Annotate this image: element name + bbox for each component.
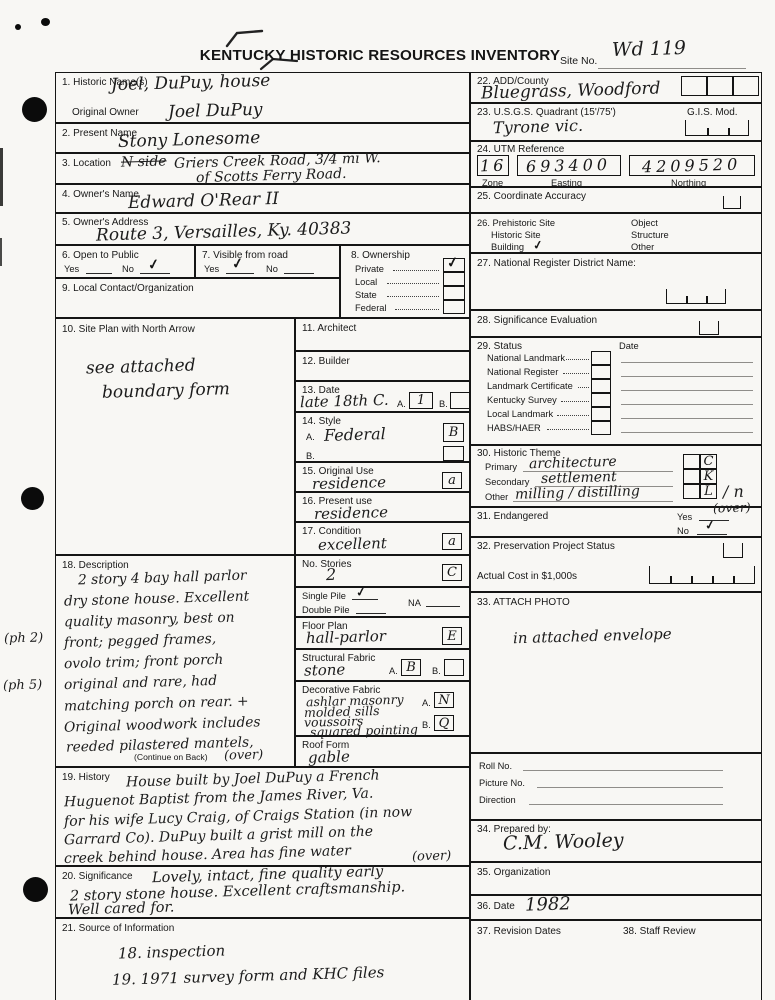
continue-on-back-label: (Continue on Back) [134,753,208,762]
field-significance: 20. Significance Lovely, intact, fine qu… [55,866,470,918]
status-date-label: Date [619,341,639,351]
scanned-form-page: KENTUCKY HISTORIC RESOURCES INVENTORY Si… [0,0,775,1000]
ownership-private: Private [355,264,384,274]
coordinate-accuracy-label: 25. Coordinate Accuracy [477,191,586,202]
over-note: (over) [412,849,452,863]
single-pile-label: Single Pile [302,591,346,601]
description-label: 18. Description [62,560,129,571]
endangered-label: 31. Endangered [477,511,548,522]
location-struck-text: N side [121,154,167,169]
utm-easting-box: 693400 [517,155,621,176]
significance-evaluation-box [699,321,719,335]
utm-northing-value: 4209520 [642,156,742,175]
present-name-value: Stony Lonesome [118,130,261,151]
structural-a-label: A. [389,666,398,676]
present-use-value: residence [314,505,388,522]
status-checkbox [591,351,611,365]
date-value: late 18th C. [300,393,389,410]
photo-margin-note: (ph 5) [3,678,43,692]
field-status: 29. Status Date National Landmark Nation… [470,337,762,445]
dotted-leader [395,303,439,310]
history-line: creek behind house. Area has fine water [64,844,351,866]
hole-punch [21,487,44,510]
building-label: Building [491,242,524,252]
hole-punch [23,877,48,902]
status-date-line [621,380,753,391]
significance-line: Well cared for. [68,901,175,918]
field-historic-theme: 30. Historic Theme Primary architecture … [470,445,762,507]
dotted-leader [547,423,589,430]
over-note: (over) [224,748,264,762]
yes-blank [86,264,112,274]
structural-b-label: B. [432,666,441,676]
photo-margin-note: (ph 2) [4,631,44,645]
site-plan-note-2: boundary form [102,381,230,402]
site-no-line [598,54,746,69]
form-date-label: 36. Date [477,901,515,912]
no-blank [284,264,314,274]
description-line: original and rare, had [64,675,217,693]
structural-a-code-box: B [401,659,421,676]
other-line [513,491,673,502]
actual-cost-comb-box [649,566,755,584]
nr-district-label: 27. National Register District Name: [477,258,636,269]
attach-photo-note: in attached envelope [513,627,672,646]
field-ownership: 8. Ownership Private Local State Federal… [340,245,470,318]
floor-plan-code-box: E [442,627,462,645]
description-line: matching porch on rear. + [64,695,249,714]
field-no-stories: No. Stories 2 C [295,555,470,587]
county-code-box [733,76,759,96]
date-a-code-box: 1 [409,392,433,409]
checkmark: ✓ [532,238,544,252]
site-plan-note-1: see attached [86,357,196,377]
description-line: quality masonry, best on [64,612,235,631]
field-style: 14. Style A. Federal B B. [295,412,470,462]
history-label: 19. History [62,772,110,783]
source-of-information-label: 21. Source of Information [62,923,174,934]
primary-label: Primary [485,462,517,472]
style-b-label: B. [306,451,315,461]
status-item: Landmark Certificate [487,381,573,391]
roll-no-line [523,760,723,771]
field-organization: 35. Organization [470,862,762,895]
site-no-label: Site No. [560,56,597,68]
theme-box [683,469,700,484]
site-plan-label: 10. Site Plan with North Arrow [62,324,195,335]
original-use-code-box: a [442,472,462,489]
no-label: No [122,264,134,274]
prepared-by-value: C.M. Wooley [503,831,624,853]
scan-edge-artifact [0,238,2,266]
status-date-line [621,394,753,405]
status-checkbox [591,379,611,393]
over-note: (over) [713,501,751,515]
direction-label: Direction [479,795,516,805]
theme-extra-note: / n [723,484,744,501]
ownership-state: State [355,290,377,300]
dotted-leader [578,381,589,388]
date-a-label: A. [397,399,406,409]
roll-no-label: Roll No. [479,761,512,771]
field-owner-name: 4. Owner's Name Edward O'Rear II [55,184,470,213]
ownership-checkbox-state [443,286,465,300]
utm-easting-value: 693400 [526,156,611,174]
field-builder: 12. Builder [295,351,470,381]
double-pile-label: Double Pile [302,605,350,615]
double-pile-blank [356,605,386,614]
no-label: No [677,526,689,536]
revision-dates-label: 37. Revision Dates [477,926,561,937]
field-add-county: 22. ADD/County Bluegrass, Woodford [470,72,762,103]
architect-label: 11. Architect [302,323,356,334]
field-local-contact: 9. Local Contact/Organization [55,278,340,318]
status-date-line [621,352,753,363]
visible-from-road-label: 7. Visible from road [202,250,288,261]
theme-secondary-code-box: K [700,469,717,484]
field-usgs-quadrant: 23. U.S.G.S. Quadrant (15'/75') Tyrone v… [470,103,762,141]
status-checkbox [591,365,611,379]
builder-label: 12. Builder [302,356,350,367]
add-county-value: Bluegrass, Woodford [481,80,661,102]
date-b-label: B. [439,399,448,409]
dotted-leader [387,277,439,284]
dotted-leader [563,367,589,374]
gis-mod-comb-box [685,120,749,136]
field-site-plan: 10. Site Plan with North Arrow see attac… [55,318,295,555]
owner-name-value: Edward O'Rear II [128,191,279,212]
field-coordinate-accuracy: 25. Coordinate Accuracy [470,187,762,213]
ink-dot [15,24,21,30]
structural-b-code-box [444,659,464,676]
description-line: dry stone house. Excellent [64,590,250,609]
checkmark: ✓ [147,257,161,273]
no-label: No [266,264,278,274]
status-checkbox [591,393,611,407]
field-prepared-by: 34. Prepared by: C.M. Wooley [470,820,762,862]
attach-photo-label: 33. ATTACH PHOTO [477,597,570,608]
usgs-quadrant-value: Tyrone vic. [493,118,583,137]
other-label: Other [485,492,508,502]
field-open-to-public: 6. Open to Public Yes No ✓ [55,245,195,278]
field-date: 13. Date late 18th C. A. 1 B. [295,381,470,412]
structural-fabric-value: stone [304,662,346,678]
checkmark: ✓ [704,518,716,532]
ownership-checkbox-federal [443,300,465,314]
original-use-value: residence [312,475,386,492]
field-pile: Single Pile ✓ NA Double Pile [295,587,470,617]
field-decorative-fabric: Decorative Fabric ashlar masonry molded … [295,681,470,736]
field-historic-name: 1. Historic Name(s) Joel, DuPuy, house O… [55,72,470,123]
organization-label: 35. Organization [477,867,550,878]
source-line: 18. inspection [118,944,226,962]
theme-box [683,454,700,469]
status-date-line [621,422,753,433]
actual-cost-label: Actual Cost in $1,000s [477,571,577,582]
significance-label: 20. Significance [62,871,133,882]
yes-label: Yes [677,512,692,522]
picture-no-line [537,777,723,788]
location-value-2: of Scotts Ferry Road. [196,167,347,185]
status-item: National Landmark [487,353,565,363]
yes-label: Yes [204,264,219,274]
description-line: Original woodwork includes [64,716,261,735]
coordinate-accuracy-box [723,196,741,209]
field-nr-district: 27. National Register District Name: [470,253,762,310]
field-preservation-status: 32. Preservation Project Status Actual C… [470,537,762,592]
floor-plan-value: hall-parlor [306,629,386,646]
theme-box [683,484,700,499]
utm-zone-box: 16 [477,155,509,176]
direction-line [529,794,723,805]
checkmark: ✓ [231,256,245,272]
ownership-local: Local [355,277,377,287]
field-description: 18. Description 2 story 4 bay hall parlo… [55,555,295,767]
field-source-of-information: 21. Source of Information 18. inspection… [55,918,470,1000]
gis-mod-label: G.I.S. Mod. [687,107,738,118]
dotted-leader [393,264,439,271]
dotted-leader [557,409,589,416]
original-owner-label: Original Owner [72,107,139,118]
decorative-b-code-box: Q [434,715,454,731]
historic-name-value: Joel, DuPuy, house [111,73,271,94]
owner-address-value: Route 3, Versailles, Ky. 40383 [96,220,352,244]
field-attach-photo: 33. ATTACH PHOTO in attached envelope [470,592,762,753]
decorative-a-label: A. [422,698,431,708]
no-stories-code-box: C [442,564,462,581]
field-history: 19. History House built by Joel DuPuy a … [55,767,470,866]
checkmark: ✓ [446,255,460,271]
dotted-leader [566,353,589,360]
status-checkbox [591,407,611,421]
theme-primary-code-box: C [700,454,717,469]
decorative-a-code-box: N [434,692,454,708]
field-present-use: 16. Present use residence [295,492,470,522]
style-a-value: Federal [324,426,386,444]
decorative-b-label: B. [422,720,431,730]
dotted-leader [387,290,439,297]
status-item: Kentucky Survey [487,395,557,405]
field-original-use: 15. Original Use residence a [295,462,470,492]
theme-other-code-box: L [700,484,717,499]
scan-edge-artifact [0,148,3,206]
source-line: 19. 1971 survey form and KHC files [112,965,385,988]
preservation-status-label: 32. Preservation Project Status [477,541,615,552]
other-label: Other [631,242,654,252]
status-checkbox [591,421,611,435]
date-b-code-box [450,392,470,409]
hole-punch [22,97,47,122]
local-contact-label: 9. Local Contact/Organization [62,283,194,294]
county-code-box [681,76,707,96]
dotted-leader [561,395,589,402]
status-item: National Register [487,367,558,377]
roof-form-value: gable [308,749,350,765]
picture-no-label: Picture No. [479,778,525,788]
no-stories-value: 2 [326,567,337,583]
field-floor-plan: Floor Plan hall-parlor E [295,617,470,649]
status-date-line [621,366,753,377]
preservation-status-box [723,543,743,558]
ownership-federal: Federal [355,303,387,313]
yes-label: Yes [64,264,79,274]
status-label: 29. Status [477,341,522,352]
ink-dot [41,18,50,26]
open-to-public-label: 6. Open to Public [62,250,139,261]
county-code-box [707,76,733,96]
field-visible-from-road: 7. Visible from road Yes ✓ No [195,245,340,278]
status-item: HABS/HAER [487,423,541,433]
utm-zone-value: 16 [480,157,507,174]
status-date-line [621,408,753,419]
structure-label: Structure [631,230,669,240]
field-form-date: 36. Date 1982 [470,895,762,920]
prehistoric-site-label: 26. Prehistoric Site [477,218,555,228]
form-date-value: 1982 [525,895,571,914]
utm-northing-box: 4209520 [629,155,755,176]
condition-code-box: a [442,533,462,550]
location-label: 3. Location [62,158,111,169]
field-location: 3. Location N side Griers Creek Road, 3/… [55,153,470,184]
original-owner-value: Joel DuPuy [168,102,263,122]
field-structural-fabric: Structural Fabric stone A. B B. [295,649,470,681]
description-line: ovolo trim; front porch [64,654,224,672]
field-owner-address: 5. Owner's Address Route 3, Versailles, … [55,213,470,245]
description-line: 2 story 4 bay hall parlor [78,570,247,588]
checkmark: ✓ [355,585,367,599]
utm-reference-label: 24. UTM Reference [477,144,564,155]
significance-evaluation-label: 28. Significance Evaluation [477,315,597,326]
field-site-type: 26. Prehistoric Site Historic Site Build… [470,213,762,253]
na-label: NA [408,598,421,608]
condition-value: excellent [318,536,387,553]
object-label: Object [631,218,658,228]
na-blank [426,598,460,607]
style-b-code-box [443,446,464,461]
staff-review-label: 38. Staff Review [623,926,696,937]
field-condition: 17. Condition excellent a [295,522,470,555]
style-a-label: A. [306,432,315,442]
style-a-code-box: B [443,423,464,442]
ownership-label: 8. Ownership [351,250,410,261]
field-present-name: 2. Present Name Stony Lonesome [55,123,470,153]
field-roof-form: Roof Form gable [295,736,470,767]
description-line: front; pegged frames, [64,633,216,651]
field-significance-evaluation: 28. Significance Evaluation [470,310,762,337]
field-utm-reference: 24. UTM Reference 16 693400 4209520 Zone… [470,141,762,187]
field-revision-staff: 37. Revision Dates 38. Staff Review [470,920,762,1000]
nr-district-comb-box [666,289,726,304]
status-item: Local Landmark [487,409,553,419]
ownership-checkbox-local [443,272,465,286]
field-architect: 11. Architect [295,318,470,351]
page-title: KENTUCKY HISTORIC RESOURCES INVENTORY [165,47,595,64]
field-photo-info: Roll No. Picture No. Direction [470,753,762,820]
